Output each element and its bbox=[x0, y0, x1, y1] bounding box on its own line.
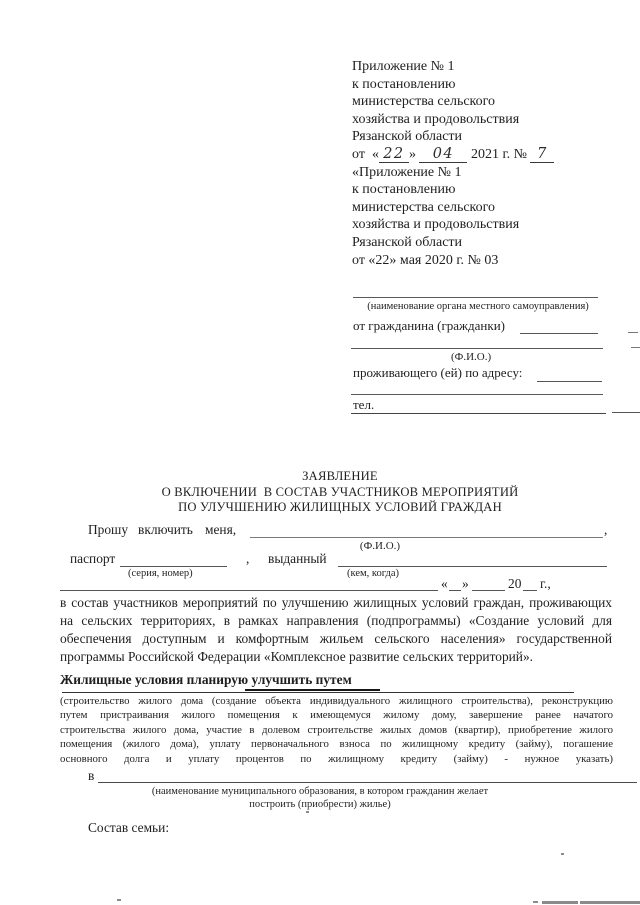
date-close-quote: » bbox=[462, 576, 469, 592]
fio-blank-line bbox=[351, 348, 603, 349]
fio-caption-2: (Ф.И.О.) bbox=[330, 540, 430, 552]
paragraph-line: на сельских территориях, в рамках направ… bbox=[60, 612, 612, 630]
phone-label: тел. bbox=[353, 397, 374, 413]
request-trailing-comma: , bbox=[604, 522, 607, 538]
phone-blank-line bbox=[351, 413, 606, 414]
scan-edge-fragment bbox=[580, 901, 640, 904]
scan-line-fragment bbox=[628, 332, 638, 333]
header-line: министерства сельского bbox=[352, 199, 554, 217]
small-print-line: помещения (жилого дома), уплату первонач… bbox=[60, 737, 613, 751]
passport-serial-caption: (серия, номер) bbox=[128, 568, 193, 579]
paragraph-line: программы Российской Федерации «Комплекс… bbox=[60, 648, 612, 666]
citizen-name-blank-line bbox=[520, 333, 598, 334]
header-line: Рязанской области bbox=[352, 234, 554, 252]
passport-label: паспорт bbox=[70, 551, 115, 567]
small-print-line: (строительство жилого дома (создание объ… bbox=[60, 694, 613, 708]
address-label: проживающего (ей) по адресу: bbox=[353, 365, 522, 381]
day-blank-line: 22 bbox=[379, 147, 409, 163]
small-print-line: строительства жилого дома, участие в дол… bbox=[60, 723, 613, 737]
continuation-blank-line bbox=[60, 590, 438, 591]
family-composition-label: Состав семьи: bbox=[88, 820, 169, 836]
fio-caption: (Ф.И.О.) bbox=[451, 351, 491, 363]
header-line: от «22» мая 2020 г. № 03 bbox=[352, 252, 554, 270]
header-line: к постановлению bbox=[352, 181, 554, 199]
close-quote: » bbox=[409, 147, 416, 162]
paragraph-line: обеспечения доступным и комфортным жилье… bbox=[60, 630, 612, 648]
org-caption: (наименование органа местного самоуправл… bbox=[352, 301, 604, 312]
improve-heading: Жилищные условия планирую улучшить путем bbox=[60, 672, 352, 688]
header-line: хозяйства и продовольствия bbox=[352, 111, 554, 129]
date-year-prefix: 20 bbox=[508, 576, 521, 592]
org-name-blank-line bbox=[353, 297, 598, 298]
header-line: хозяйства и продовольствия bbox=[352, 216, 554, 234]
passport-serial-blank-line bbox=[120, 566, 227, 567]
small-print-line: основного долга и уплату процентов по жи… bbox=[60, 752, 613, 766]
year-number-label: 2021 г. № bbox=[471, 147, 527, 162]
header-date-line: от «22» 04 2021 г. № 7 bbox=[352, 146, 554, 164]
header-line: министерства сельского bbox=[352, 93, 554, 111]
small-print-note: (строительство жилого дома (создание объ… bbox=[60, 694, 613, 766]
header-block: Приложение № 1 к постановлению министерс… bbox=[352, 58, 554, 269]
title-line-2: О ВКЛЮЧЕНИИ В СОСТАВ УЧАСТНИКОВ МЕРОПРИЯ… bbox=[60, 485, 620, 500]
municipality-blank-line bbox=[98, 782, 637, 783]
passport-comma: , bbox=[246, 551, 249, 567]
date-month-blank bbox=[472, 590, 505, 591]
title-line-3: ПО УЛУЧШЕНИЮ ЖИЛИЩНЫХ УСЛОВИЙ ГРАЖДАН bbox=[60, 500, 620, 515]
eligibility-paragraph: в состав участников мероприятий по улучш… bbox=[60, 594, 612, 666]
request-word-1: Прошу bbox=[88, 522, 128, 538]
scan-speck bbox=[117, 899, 121, 901]
month-blank-line: 04 bbox=[419, 147, 467, 163]
scan-line-fragment bbox=[631, 347, 640, 348]
number-blank-line: 7 bbox=[530, 147, 554, 163]
handwritten-month: 04 bbox=[433, 146, 454, 162]
small-print-line: путем пристраивания жилого помещения к и… bbox=[60, 708, 613, 722]
method-divider-line bbox=[62, 692, 574, 693]
in-label: в bbox=[88, 768, 94, 784]
issued-caption: (кем, когда) bbox=[347, 568, 399, 579]
scan-speck bbox=[306, 811, 309, 813]
request-word-2: включить bbox=[138, 522, 193, 538]
municipality-caption-2: построить (приобрести) жилье) bbox=[60, 799, 580, 810]
scanned-document-page: { "ink": "#1e1e1e", "header": { "lines_t… bbox=[0, 0, 640, 905]
scan-speck bbox=[561, 853, 564, 855]
date-day-blank bbox=[449, 590, 461, 591]
address-blank-line bbox=[537, 381, 602, 382]
paragraph-line: в состав участников мероприятий по улучш… bbox=[60, 594, 612, 612]
handwritten-number: 7 bbox=[537, 146, 548, 162]
issued-label: выданный bbox=[268, 551, 327, 567]
date-open-quote: « bbox=[441, 576, 448, 592]
address-blank-line-2 bbox=[351, 394, 603, 395]
header-line: «Приложение № 1 bbox=[352, 164, 554, 182]
header-line: Рязанской области bbox=[352, 128, 554, 146]
title-line-1: ЗАЯВЛЕНИЕ bbox=[60, 469, 620, 484]
request-word-3: меня, bbox=[205, 522, 236, 538]
handwritten-day: 22 bbox=[383, 146, 404, 162]
date-from-label: от bbox=[352, 147, 365, 162]
header-line: к постановлению bbox=[352, 76, 554, 94]
open-quote: « bbox=[372, 147, 379, 162]
header-line: Приложение № 1 bbox=[352, 58, 554, 76]
from-citizen-label: от гражданина (гражданки) bbox=[353, 318, 505, 334]
date-year-suffix: г., bbox=[540, 576, 551, 592]
scan-edge-fragment bbox=[542, 901, 578, 904]
issued-by-blank-line bbox=[338, 566, 607, 567]
scan-line-fragment bbox=[612, 412, 640, 413]
scan-edge-fragment bbox=[533, 901, 538, 903]
applicant-fio-blank-line bbox=[250, 537, 603, 538]
date-year-blank bbox=[523, 590, 537, 591]
municipality-caption-1: (наименование муниципального образования… bbox=[60, 786, 580, 797]
